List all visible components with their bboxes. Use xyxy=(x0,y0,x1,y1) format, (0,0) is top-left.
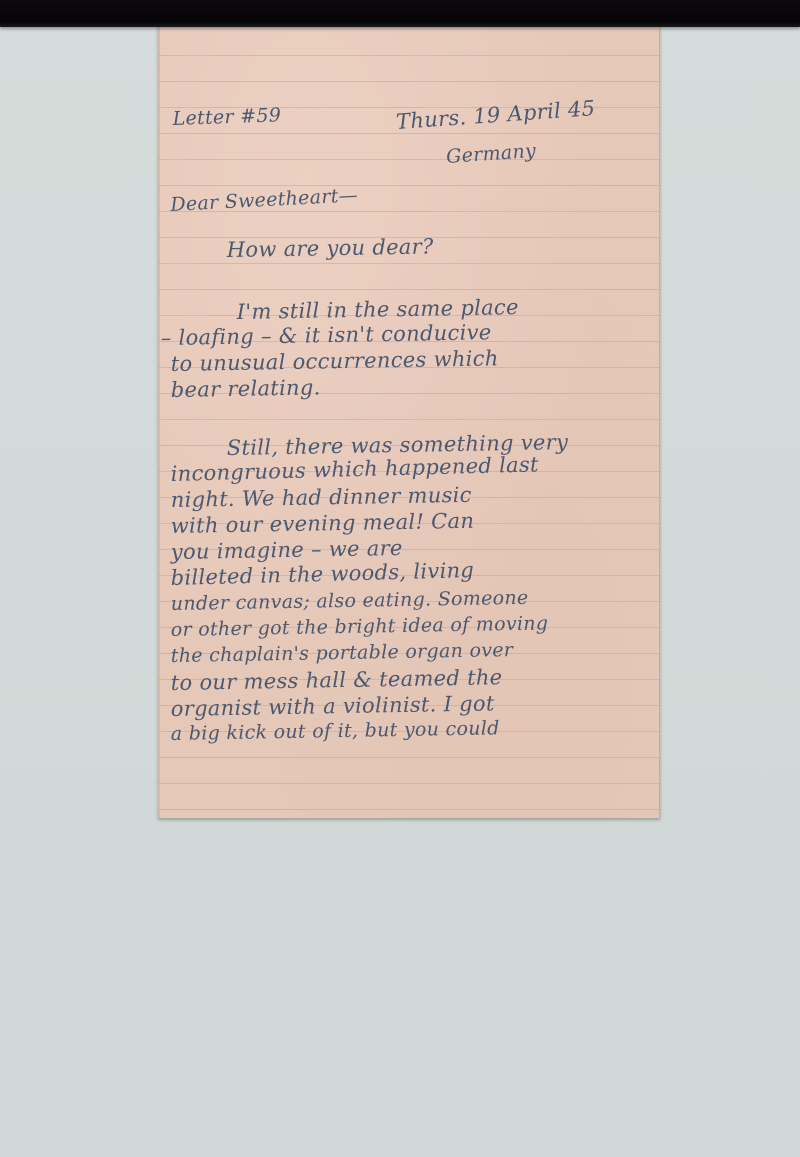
letter-number: Letter #59 xyxy=(172,104,281,130)
letter-line: bear relating. xyxy=(171,375,321,402)
scanner-top-bar xyxy=(0,0,800,27)
letter-line: – loafing – & it isn't conducive xyxy=(161,320,492,350)
letter-line: you imagine – we are xyxy=(171,536,403,564)
letter-line: or other got the bright idea of moving xyxy=(171,612,549,641)
letter-line: with our evening meal! Can xyxy=(171,509,475,538)
letter-line: organist with a violinist. I got xyxy=(171,691,495,721)
letter-line: to our mess hall & teamed the xyxy=(171,665,503,695)
letter-line: the chaplain's portable organ over xyxy=(171,639,514,667)
letter-line: How are you dear? xyxy=(227,234,434,262)
letter-page: Letter #59 Thurs. 19 April 45 Germany De… xyxy=(157,26,659,818)
letter-line: under canvas; also eating. Someone xyxy=(171,587,529,615)
letter-line: a big kick out of it, but you could xyxy=(171,717,500,745)
letter-date: Thurs. 19 April 45 xyxy=(395,96,596,134)
letter-line: incongruous which happened last xyxy=(170,452,539,486)
letter-place: Germany xyxy=(445,140,536,168)
letter-line: to unusual occurrences which xyxy=(171,346,499,376)
letter-line: night. We had dinner music xyxy=(171,483,472,512)
letter-salutation: Dear Sweetheart— xyxy=(170,184,359,216)
